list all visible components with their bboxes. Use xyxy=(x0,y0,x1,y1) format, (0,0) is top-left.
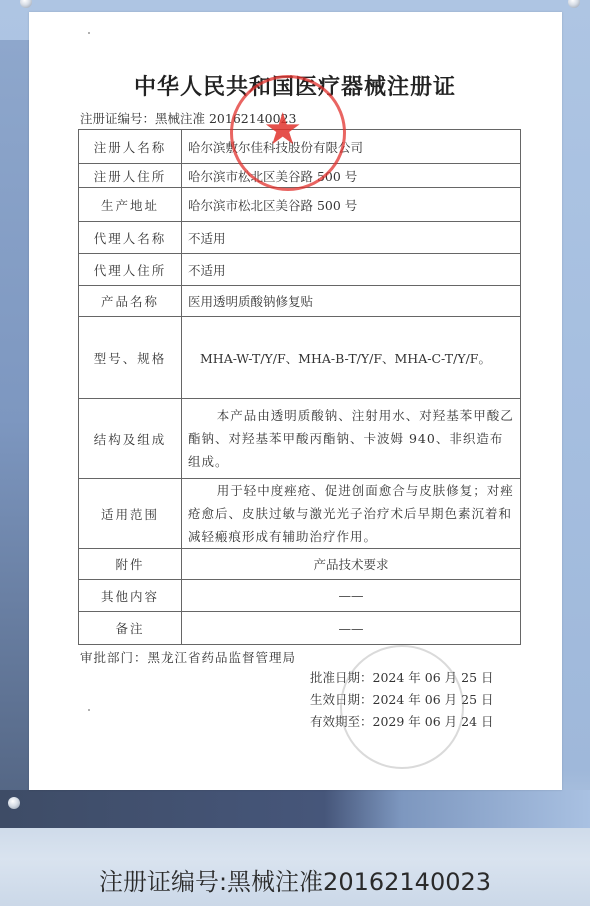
row-label: 注册人住所 xyxy=(79,164,182,188)
row-label: 结构及组成 xyxy=(79,399,182,479)
row-value: 本产品由透明质酸钠、注射用水、对羟基苯甲酸乙酯钠、对羟基苯甲酸丙酯钠、卡波姆 9… xyxy=(182,399,521,479)
scope-text: 用于轻中度痤疮、促进创面愈合与皮肤修复；对痤疮愈后、皮肤过敏与激光光子治疗术后早… xyxy=(188,479,514,548)
table-row: 产品名称 医用透明质酸钠修复贴 xyxy=(79,286,521,317)
table-row: 备注 —— xyxy=(79,612,521,645)
paper-speck xyxy=(88,32,90,34)
row-label: 注册人名称 xyxy=(79,130,182,164)
row-value: —— xyxy=(182,580,521,612)
row-label: 适用范围 xyxy=(79,479,182,549)
table-row: 生产地址 哈尔滨市松北区美谷路 500 号 xyxy=(79,188,521,222)
row-value: 哈尔滨市松北区美谷路 500 号 xyxy=(182,164,521,188)
composition-text: 本产品由透明质酸钠、注射用水、对羟基苯甲酸乙酯钠、对羟基苯甲酸丙酯钠、卡波姆 9… xyxy=(188,404,514,473)
certificate-table: 注册人名称 哈尔滨敷尔佳科技股份有限公司 注册人住所 哈尔滨市松北区美谷路 50… xyxy=(78,129,521,645)
document-title: 中华人民共和国医疗器械注册证 xyxy=(0,70,590,101)
row-value: 哈尔滨市松北区美谷路 500 号 xyxy=(182,188,521,222)
registration-number: 注册证编号：黑械注准 20162140023 xyxy=(80,109,296,127)
row-label: 生产地址 xyxy=(79,188,182,222)
table-row: 适用范围 用于轻中度痤疮、促进创面愈合与皮肤修复；对痤疮愈后、皮肤过敏与激光光子… xyxy=(79,479,521,549)
row-label: 备注 xyxy=(79,612,182,645)
row-label: 代理人名称 xyxy=(79,222,182,254)
row-value: 医用透明质酸钠修复贴 xyxy=(182,286,521,317)
row-value: MHA-W-T/Y/F、MHA-B-T/Y/F、MHA-C-T/Y/F。 xyxy=(182,317,521,399)
row-label: 代理人住所 xyxy=(79,254,182,286)
frame-bolt-icon xyxy=(568,0,580,8)
table-row: 型号、规格 MHA-W-T/Y/F、MHA-B-T/Y/F、MHA-C-T/Y/… xyxy=(79,317,521,399)
frame-bolt-icon xyxy=(20,0,32,8)
paper-speck xyxy=(88,709,90,711)
effective-date: 生效日期：2024 年 06 月 25 日 xyxy=(310,689,494,711)
table-row: 注册人住所 哈尔滨市松北区美谷路 500 号 xyxy=(79,164,521,188)
table-row: 代理人住所 不适用 xyxy=(79,254,521,286)
row-value: 哈尔滨敷尔佳科技股份有限公司 xyxy=(182,130,521,164)
row-label: 产品名称 xyxy=(79,286,182,317)
table-row: 代理人名称 不适用 xyxy=(79,222,521,254)
row-value: —— xyxy=(182,612,521,645)
row-label: 其他内容 xyxy=(79,580,182,612)
dates-block: 批准日期：2024 年 06 月 25 日 生效日期：2024 年 06 月 2… xyxy=(310,667,494,733)
row-value: 产品技术要求 xyxy=(182,549,521,580)
table-row: 注册人名称 哈尔滨敷尔佳科技股份有限公司 xyxy=(79,130,521,164)
row-label: 型号、规格 xyxy=(79,317,182,399)
row-value: 不适用 xyxy=(182,254,521,286)
approval-date: 批准日期：2024 年 06 月 25 日 xyxy=(310,667,494,689)
row-value: 不适用 xyxy=(182,222,521,254)
caption-registration-number: 注册证编号:黑械注准20162140023 xyxy=(0,862,590,897)
table-row: 附件 产品技术要求 xyxy=(79,549,521,580)
row-value: 用于轻中度痤疮、促进创面愈合与皮肤修复；对痤疮愈后、皮肤过敏与激光光子治疗术后早… xyxy=(182,479,521,549)
valid-until-date: 有效期至：2029 年 06 月 24 日 xyxy=(310,711,494,733)
frame-bolt-icon xyxy=(8,797,20,809)
table-row: 其他内容 —— xyxy=(79,580,521,612)
row-label: 附件 xyxy=(79,549,182,580)
approval-department: 审批部门：黑龙江省药品监督管理局 xyxy=(80,648,296,666)
table-row: 结构及组成 本产品由透明质酸钠、注射用水、对羟基苯甲酸乙酯钠、对羟基苯甲酸丙酯钠… xyxy=(79,399,521,479)
